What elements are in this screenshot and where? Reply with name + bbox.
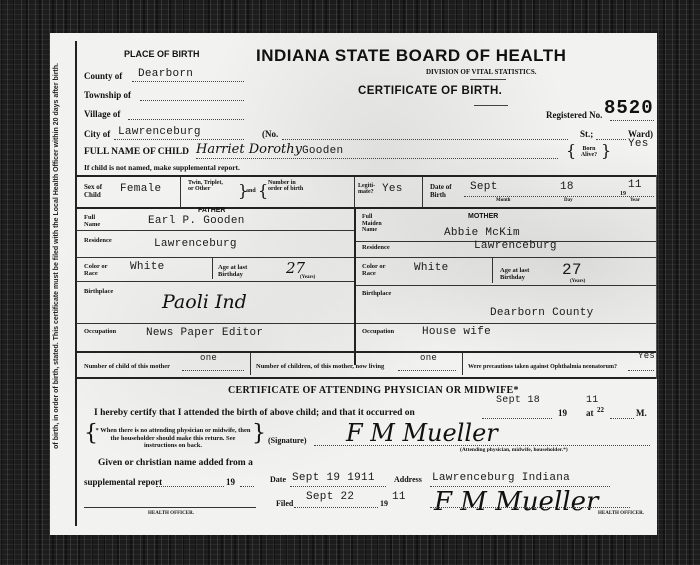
city-line xyxy=(114,139,244,140)
father-occupation: News Paper Editor xyxy=(146,327,263,339)
section-divider xyxy=(76,175,656,177)
row-divider xyxy=(76,230,354,231)
dob-line xyxy=(464,196,654,197)
village-line xyxy=(128,119,244,120)
mother-occupation: House wife xyxy=(422,326,491,338)
col-divider xyxy=(492,257,493,283)
born-alive-brace-open: { xyxy=(566,143,576,159)
agency-title: INDIANA STATE BOARD OF HEALTH xyxy=(256,46,566,66)
child-surname: Gooden xyxy=(302,145,343,157)
child-of-mother-label: Number of child of this mother xyxy=(84,364,170,370)
col-divider xyxy=(250,353,251,375)
city-value: Lawrenceburg xyxy=(118,126,201,138)
father-occupation-label: Occupation xyxy=(84,329,116,335)
mother-residence: Lawrenceburg xyxy=(474,240,557,252)
street-no-label: (No. xyxy=(262,129,278,139)
date-label: Date xyxy=(270,475,286,484)
day-caption: Day xyxy=(564,198,573,204)
mother-color-label: Color or Race xyxy=(362,263,386,277)
occurred-year: 11 xyxy=(586,395,599,406)
registered-no-line xyxy=(610,120,654,121)
address-value: Lawrenceburg Indiana xyxy=(432,472,570,484)
dob-label: Date of Birth xyxy=(430,183,460,199)
unnamed-note: If child is not named, make supplemental… xyxy=(84,163,240,172)
section-divider xyxy=(76,207,656,209)
father-name-label: Full Name xyxy=(84,214,106,228)
child-of-mother-value: one xyxy=(200,353,217,363)
filed-year: 11 xyxy=(392,491,406,503)
filed-line xyxy=(294,507,378,508)
child-name-line xyxy=(196,158,558,159)
mother-residence-label: Residence xyxy=(362,245,390,251)
supplemental-year-line xyxy=(240,486,254,487)
father-color: White xyxy=(130,261,165,273)
father-age-label: Age at last Birthday xyxy=(218,264,264,278)
margin-instructions: of birth, in order of birth, stated. Thi… xyxy=(52,63,61,503)
township-line xyxy=(140,100,244,101)
certify-text: I hereby certify that I attended the bir… xyxy=(94,408,415,418)
dob-day: 18 xyxy=(560,181,574,193)
sex-value: Female xyxy=(120,183,161,195)
row-divider xyxy=(76,257,354,258)
col-divider xyxy=(422,177,423,207)
child-name-label: FULL NAME OF CHILD xyxy=(84,147,189,157)
occurred-month-day: Sept 18 xyxy=(496,395,540,406)
supplemental-year-prefix: 19 xyxy=(226,477,235,487)
filed-label: Filed xyxy=(276,499,293,508)
month-caption: Month xyxy=(496,198,510,204)
mother-birthplace: Dearborn County xyxy=(490,307,594,319)
and-label: and xyxy=(246,188,256,194)
time-line xyxy=(610,418,634,419)
year-caption: Year xyxy=(630,198,640,204)
mother-birthplace-label: Birthplace xyxy=(362,291,391,297)
row-divider xyxy=(356,257,656,258)
health-officer-line-left xyxy=(84,507,256,508)
note-brace-close: } xyxy=(252,426,266,442)
dob-year: 11 xyxy=(628,179,642,191)
title-rule xyxy=(470,79,506,80)
mother-age-label: Age at last Birthday xyxy=(500,267,546,281)
legitimate-label: Legiti-mate? xyxy=(358,183,378,195)
mother-age: 27 xyxy=(562,261,582,279)
col-divider xyxy=(212,257,213,279)
address-label: Address xyxy=(394,475,422,484)
children-living-label: Number of children, of this mother, now … xyxy=(256,364,384,370)
born-alive-value: Yes xyxy=(628,138,649,150)
section-divider xyxy=(76,351,656,353)
ward-line xyxy=(596,139,626,140)
householder-note: * When there is no attending physician o… xyxy=(94,427,252,450)
mother-name: Abbie McKim xyxy=(444,227,520,239)
registered-no-label: Registered No. xyxy=(546,110,602,120)
twin-label: Twin, Triplet, or Other xyxy=(188,180,228,192)
child-given-names: Harriet Dorothy xyxy=(196,142,302,157)
time-value: 22 xyxy=(597,407,604,413)
legitimate-value: Yes xyxy=(382,183,403,195)
father-heading: FATHER xyxy=(198,207,225,214)
village-label: Village of xyxy=(84,109,120,119)
filed-year-prefix: 19 xyxy=(380,499,388,508)
born-alive-label: Born Alive? xyxy=(577,146,601,158)
father-residence: Lawrenceburg xyxy=(154,238,237,250)
signature-caption: (Attending physician, midwife, household… xyxy=(460,447,568,453)
health-officer-signature: F M Mueller xyxy=(434,487,598,517)
child-of-mother-line xyxy=(182,370,244,371)
mother-color: White xyxy=(414,262,449,274)
title-rule-2 xyxy=(474,105,508,106)
supplemental-label-1: Given or christian name added from a xyxy=(98,458,253,468)
father-birthplace: Paoli Ind xyxy=(162,291,247,313)
township-label: Township of xyxy=(84,90,131,100)
ophthalmia-line xyxy=(628,370,654,371)
street-label: St.; xyxy=(580,129,593,139)
city-label: City of xyxy=(84,129,110,139)
sex-label: Sex of Child xyxy=(84,183,110,199)
dob-month: Sept xyxy=(470,181,498,193)
col-divider xyxy=(354,177,355,207)
signature-label: (Signature) xyxy=(268,436,307,445)
father-name: Earl P. Gooden xyxy=(148,215,245,227)
place-of-birth-title: PLACE OF BIRTH xyxy=(124,49,200,59)
filed-date: Sept 22 xyxy=(306,491,354,503)
mother-name-label: Full Maiden Name xyxy=(362,214,388,234)
section-divider xyxy=(76,377,656,379)
physician-signature: F M Mueller xyxy=(346,419,498,447)
supplemental-officer-caption: HEALTH OFFICER. xyxy=(148,511,194,517)
date-line xyxy=(290,486,386,487)
father-color-label: Color or Race xyxy=(84,263,108,277)
certificate-title: CERTIFICATE OF BIRTH. xyxy=(358,85,502,97)
officer-signature-line xyxy=(430,507,630,508)
number-brace: { xyxy=(258,183,268,199)
supplemental-label-2: supplemental report xyxy=(84,477,162,487)
mother-heading: MOTHER xyxy=(468,213,498,220)
row-divider xyxy=(356,323,656,324)
ophthalmia-label: Were precautions taken against Ophthalmi… xyxy=(468,364,617,370)
county-line xyxy=(132,81,244,82)
supplemental-line xyxy=(156,486,224,487)
children-living-value: one xyxy=(420,353,437,363)
born-alive-brace-close: } xyxy=(601,143,611,159)
division-title: DIVISION OF VITAL STATISTICS. xyxy=(426,68,536,76)
county-label: County of xyxy=(84,71,122,81)
col-divider xyxy=(180,177,181,207)
number-in-order-label: Number in order of birth xyxy=(268,180,304,192)
occurred-year-prefix: 19 xyxy=(558,408,567,418)
county-value: Dearborn xyxy=(138,68,193,80)
birth-certificate: of birth, in order of birth, stated. Thi… xyxy=(50,33,657,535)
father-residence-label: Residence xyxy=(84,238,112,244)
right-border-line xyxy=(656,175,657,379)
filing-officer-caption: HEALTH OFFICER. xyxy=(598,511,644,517)
physician-heading: CERTIFICATE OF ATTENDING PHYSICIAN OR MI… xyxy=(228,385,519,396)
registered-number: 8520 xyxy=(604,97,654,119)
mother-occupation-label: Occupation xyxy=(362,329,394,335)
father-birthplace-label: Birthplace xyxy=(84,289,113,295)
m-label: M. xyxy=(636,408,647,418)
row-divider xyxy=(76,281,354,282)
left-border-line xyxy=(75,41,77,526)
parent-column-divider xyxy=(354,209,356,365)
row-divider xyxy=(356,285,656,286)
row-divider xyxy=(76,323,354,324)
at-label: at xyxy=(586,408,594,418)
children-living-line xyxy=(398,370,456,371)
street-line xyxy=(282,139,568,140)
date-value: Sept 19 1911 xyxy=(292,472,375,484)
col-divider xyxy=(462,353,463,375)
ophthalmia-value: Yes xyxy=(638,351,655,361)
